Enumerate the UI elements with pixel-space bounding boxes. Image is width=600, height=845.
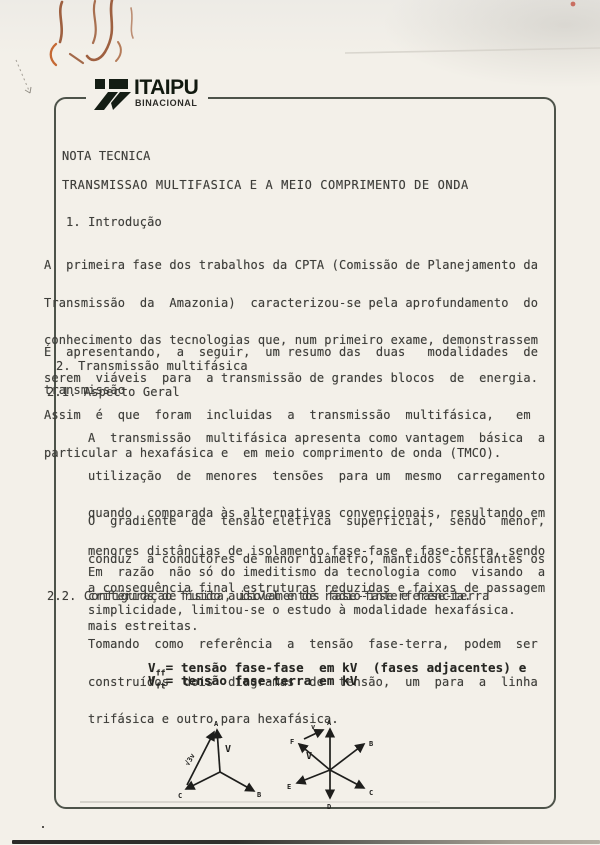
v-subscript: ft [156, 682, 166, 691]
section1-heading: 1. Introdução [66, 216, 162, 229]
sqrt3v-label: √3v [184, 752, 197, 767]
trifasica-phasor-diagram [186, 730, 254, 791]
section22-heading: 2.2. Configuração física, isolamentos fa… [47, 590, 489, 603]
phase-b-label: B [369, 740, 373, 748]
text-line: Em razão não só do imeditismo da tecnolo… [88, 566, 545, 579]
text-line: A transmissão multifásica apresenta como… [88, 432, 545, 445]
v-small-label: v [311, 723, 315, 731]
scan-speck [42, 826, 44, 828]
text-line: O gradiente de tensão elétrica superfici… [88, 515, 545, 528]
hexafasica-phasor-diagram [297, 729, 364, 798]
itaipu-logo-icon [94, 79, 132, 110]
text-line: Tomando como referência a tensão fase-te… [88, 638, 538, 651]
document-title: TRANSMISSAO MULTIFASICA E A MEIO COMPRIM… [62, 179, 469, 192]
vft-definition: Vft= tensão fase-terra em kV [148, 675, 358, 693]
v-label: V [225, 744, 231, 755]
phase-e-label: E [287, 783, 291, 791]
scan-bottom-edge [12, 840, 600, 844]
document-kind: NOTA TECNICA [62, 150, 151, 163]
v-definition-text: = tensão fase-terra em kV [166, 673, 358, 688]
logo-title: ITAIPU [134, 76, 198, 100]
phase-c-label: C [369, 789, 373, 797]
phase-f-label: F [290, 738, 294, 746]
phase-b-label: B [257, 791, 261, 799]
phase-a-label: A [214, 720, 219, 728]
section2-heading: 2. Transmissão multifásica [56, 360, 248, 373]
text-line: É apresentando, a seguir, um resumo das … [44, 346, 538, 359]
phase-c-label: C [178, 792, 182, 800]
phasor-diagrams: A B C V √3v A B C D E F v V [150, 716, 450, 816]
logo-subtitle: BINACIONAL [135, 98, 198, 108]
phase-d-label: D [327, 803, 331, 811]
v-label: V [306, 751, 312, 762]
text-line: utilização de menores tensões para um me… [88, 470, 545, 483]
text-line: A primeira fase dos trabalhos da CPTA (C… [44, 259, 538, 272]
phase-a-label: A [327, 719, 332, 727]
itaipu-logo: ITAIPU BINACIONAL [86, 75, 208, 113]
section21-heading: 2.1. Aspecto Geral [47, 386, 180, 399]
text-line: Transmissão da Amazonia) caracterizou-se… [44, 297, 538, 310]
v-symbol: V [148, 673, 156, 688]
scanned-document-page: ITAIPU BINACIONAL NOTA TECNICA TRANSMISS… [0, 0, 600, 845]
